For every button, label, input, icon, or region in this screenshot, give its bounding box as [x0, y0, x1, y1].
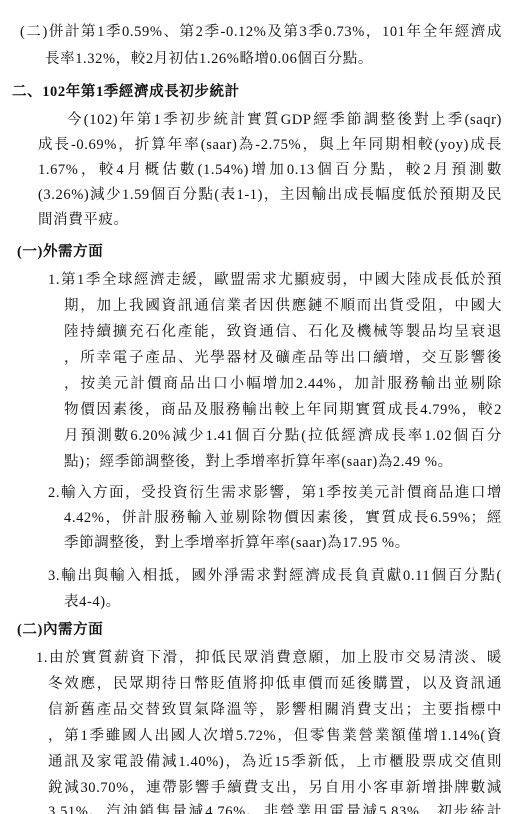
section-heading: 二、102年第1季經濟成長初步統計 [12, 82, 240, 102]
paragraph-line: 1.67%，較4月概估數(1.54%)增加0.13個百分點，較2月預測數 [38, 160, 502, 180]
list-item-line: ，所幸電子產品、光學器材及礦產品等出口續增，交互影響後 [64, 348, 502, 368]
paragraph-line: 長率1.32%，較2月初估1.26%略增0.06個百分點。 [45, 49, 373, 69]
list-item-line: ，按美元計價商品出口小幅增加2.44%，加計服務輸出並剔除 [64, 374, 502, 394]
subsection-heading-external: (一)外需方面 [17, 242, 103, 262]
list-item-line: 冬效應，民眾期待日幣貶值將抑低車價而延後購置，以及資訊通 [48, 674, 502, 694]
list-item-line: 2.輸入方面，受投資衍生需求影響，第1季按美元計價商品進口增 [48, 483, 502, 503]
list-item-line: 點)；經季節調整後，對上季增率折算年率(saar)為2.49 %。 [64, 452, 453, 472]
paragraph-line: (二)併計第1季0.59%、第2季-0.12%及第3季0.73%，101年全年經… [20, 22, 502, 42]
list-item-line: 3.輸出與輸入相抵，國外淨需求對經濟成長負貢獻0.11個百分點( [48, 566, 502, 586]
paragraph-line: 間消費平疲。 [38, 210, 129, 230]
list-item-line: 3.51%、汽油銷售量減4.76%、非營業用電量減5.83%，初步統計 [48, 802, 502, 814]
list-item-line: 4.42%，併計服務輸入並剔除物價因素後，實質成長6.59%；經 [64, 508, 502, 528]
list-item-line: 1.由於實質薪資下滑，抑低民眾消費意願，加上股市交易清淡、暖 [36, 648, 502, 668]
list-item-line: 月預測數6.20%減少1.41個百分點(拉低經濟成長率1.02個百分 [64, 426, 502, 446]
paragraph-line: 成長-0.69%，折算年率(saar)為-2.75%，與上年同期相較(yoy)成… [38, 135, 502, 155]
list-item-line: 通訊及家電設備減1.40%)，為近15季新低，上市櫃股票成交值則 [48, 752, 502, 772]
list-item-line: 季節調整後，對上季增率折算年率(saar)為17.95 %。 [64, 533, 410, 553]
paragraph-line: 今(102)年第1季初步統計實質GDP經季節調整後對上季(saqr) [67, 110, 502, 130]
list-item-line: 銳減30.70%，連帶影響手續費支出，另自用小客車新增掛牌數減 [48, 778, 502, 798]
list-item-line: 表4-4)。 [64, 592, 121, 612]
list-item-line: 信新舊產品交替致買氣降溫等，影響相關消費支出；主要指標中 [48, 700, 502, 720]
list-item-line: 期，加上我國資訊通信業者因供應鏈不順而出貨受阻，中國大 [64, 296, 502, 316]
subsection-heading-domestic: (二)內需方面 [17, 620, 103, 640]
paragraph-line: (3.26%)減少1.59個百分點(表1-1)，主因輸出成長幅度低於預期及民 [38, 185, 502, 205]
list-item-line: 物價因素後，商品及服務輸出較上年同期實質成長4.79%，較2 [64, 400, 502, 420]
list-item-line: 1.第1季全球經濟走緩，歐盟需求尤顯疲弱，中國大陸成長低於預 [48, 270, 502, 290]
list-item-line: ，第1季雖國人出國人次增5.72%，但零售業營業額僅增1.14%(資 [48, 726, 502, 746]
list-item-line: 陸持續擴充石化產能，致資通信、石化及機械等製品均呈衰退 [64, 322, 502, 342]
